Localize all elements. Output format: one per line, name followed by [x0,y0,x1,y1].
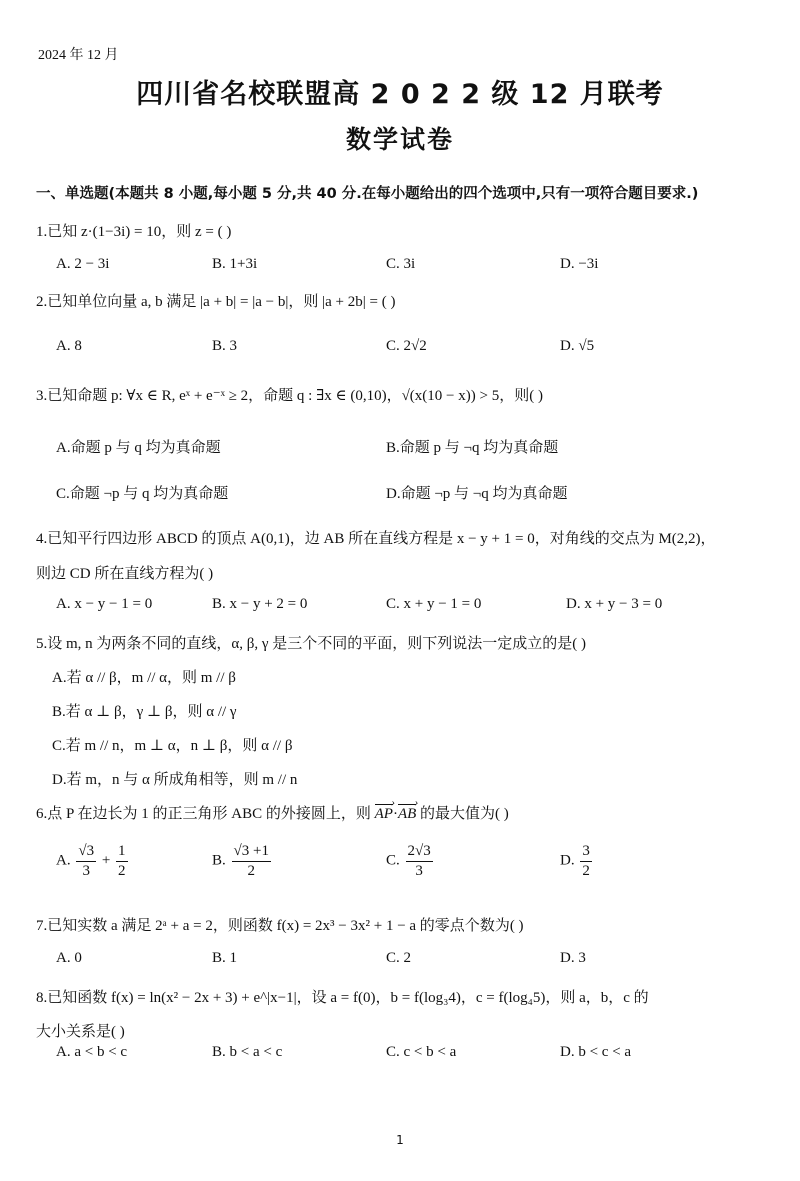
question-3-option-c: C.命题 ¬p 与 q 均为真命题 [56,482,228,503]
question-5-option-b: B.若 α ⊥ β，γ ⊥ β，则 α // γ [52,700,237,721]
question-7-option-a: A. 0 [56,950,82,967]
fraction: √33 [76,842,96,881]
question-4-stem-line1: 4.已知平行四边形 ABCD 的顶点 A(0,1)，边 AB 所在直线方程是 x… [36,527,716,548]
page-number: 1 [0,1133,800,1147]
exam-date: 2024 年 12 月 [38,44,119,64]
option-label: C. [386,853,400,869]
question-6-option-d: D. 32 [560,842,594,881]
question-2-option-b: B. 3 [212,338,237,355]
vector-ap: AP [375,806,393,823]
option-label: D. [560,853,575,869]
question-2-option-d: D. √5 [560,338,594,355]
question-1-option-c: C. 3i [386,256,415,273]
fraction: 2√33 [406,842,433,881]
question-4-option-c: C. x + y − 1 = 0 [386,596,481,613]
question-3-option-b: B.命题 p 与 ¬q 均为真命题 [386,436,558,457]
fraction: 32 [580,842,592,881]
question-3-stem: 3.已知命题 p: ∀x ∈ R, eˣ + e⁻ˣ ≥ 2，命题 q : ∃x… [36,384,543,405]
question-7-option-d: D. 3 [560,950,586,967]
question-5-option-c: C.若 m // n，m ⊥ α，n ⊥ β，则 α // β [52,734,292,755]
question-2-stem: 2.已知单位向量 a, b 满足 |a + b| = |a − b|，则 |a … [36,290,395,311]
question-5-option-a: A.若 α // β，m // α，则 m // β [52,666,236,687]
exam-subtitle: 数学试卷 [0,120,800,156]
question-4-option-d: D. x + y − 3 = 0 [566,596,662,613]
question-8-stem-line1: 8.已知函数 f(x) = ln(x² − 2x + 3) + e^|x−1|，… [36,986,649,1007]
question-6-stem: 6.点 P 在边长为 1 的正三角形 ABC 的外接圆上，则 AP·AB 的最大… [36,802,509,823]
question-6-option-b: B. √3 +12 [212,842,273,881]
section-heading: 一、单选题(本题共 8 小题,每小题 5 分,共 40 分.在每小题给出的四个选… [36,182,698,203]
question-8-stem-line2: 大小关系是( ) [36,1020,125,1041]
question-5-option-d: D.若 m，n 与 α 所成角相等，则 m // n [52,768,297,789]
question-1-option-d: D. −3i [560,256,598,273]
question-7-option-c: C. 2 [386,950,411,967]
question-6-stem-prefix: 6.点 P 在边长为 1 的正三角形 ABC 的外接圆上，则 [36,806,375,822]
fraction: √3 +12 [232,842,271,881]
question-5-stem: 5.设 m, n 为两条不同的直线，α, β, γ 是三个不同的平面，则下列说法… [36,632,586,653]
question-4-option-b: B. x − y + 2 = 0 [212,596,307,613]
question-3-option-d: D.命题 ¬p 与 ¬q 均为真命题 [386,482,568,503]
question-1-option-a: A. 2 − 3i [56,256,109,273]
fraction: 12 [116,842,128,881]
question-8-option-d: D. b < c < a [560,1044,631,1061]
question-2-option-a: A. 8 [56,338,82,355]
question-2-option-c: C. 2√2 [386,338,427,355]
question-1-option-b: B. 1+3i [212,256,257,273]
question-3-option-a: A.命题 p 与 q 均为真命题 [56,436,221,457]
question-7-option-b: B. 1 [212,950,237,967]
question-1-stem: 1.已知 z·(1−3i) = 10，则 z = ( ) [36,220,231,241]
plus-sign: + [102,853,110,869]
question-6-stem-suffix: 的最大值为( ) [416,806,509,822]
question-6-option-a: A. √33 + 12 [56,842,130,881]
question-8-option-a: A. a < b < c [56,1044,127,1061]
vector-ab: AB [398,806,416,823]
option-label: B. [212,853,226,869]
question-8-option-c: C. c < b < a [386,1044,456,1061]
question-6-option-c: C. 2√33 [386,842,435,881]
question-4-stem-line2: 则边 CD 所在直线方程为( ) [36,562,213,583]
question-8-option-b: B. b < a < c [212,1044,282,1061]
question-4-option-a: A. x − y − 1 = 0 [56,596,152,613]
exam-title: 四川省名校联盟高 2 0 2 2 级 12 月联考 [0,72,800,111]
option-label: A. [56,853,71,869]
question-7-stem: 7.已知实数 a 满足 2ᵃ + a = 2，则函数 f(x) = 2x³ − … [36,914,524,935]
